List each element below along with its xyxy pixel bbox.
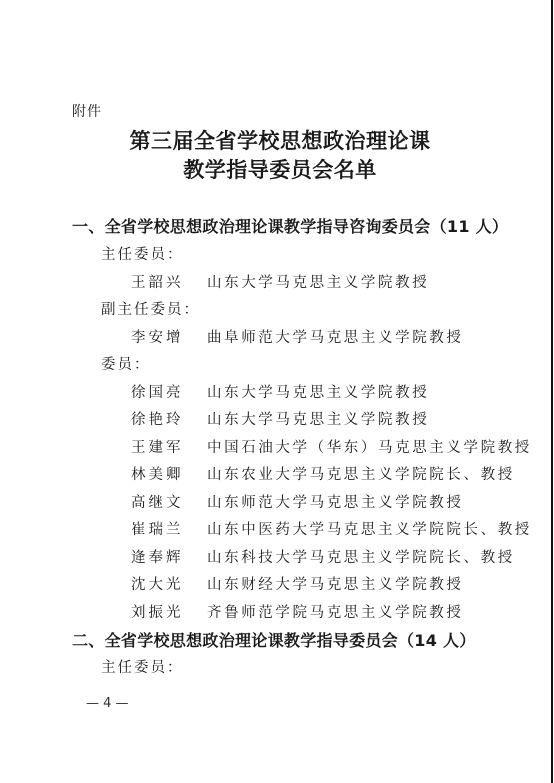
member-name: 王韶兴	[131, 271, 207, 292]
member-affiliation: 曲阜师范大学马克思主义学院教授	[207, 330, 464, 346]
member-affiliation: 山东师范大学马克思主义学院教授	[207, 495, 464, 511]
member-affiliation: 山东财经大学马克思主义学院教授	[207, 577, 464, 593]
member-affiliation: 中国石油大学（华东）马克思主义学院教授	[207, 440, 532, 456]
document-title-line-1: 第三届全省学校思想政治理论课	[3, 125, 554, 155]
member-affiliation: 齐鲁师范学院马克思主义学院教授	[207, 605, 464, 621]
member-name: 李安增	[131, 326, 207, 347]
member-name: 沈大光	[131, 573, 207, 594]
member-row: 王建军中国石油大学（华东）马克思主义学院教授	[131, 436, 532, 457]
member-name: 高继文	[131, 491, 207, 512]
member-name: 逄奉辉	[131, 546, 207, 567]
member-name: 徐艳玲	[131, 408, 207, 429]
member-row: 高继文山东师范大学马克思主义学院教授	[131, 491, 464, 512]
group-label-deputy-director: 副主任委员：	[101, 298, 200, 319]
member-affiliation: 山东大学马克思主义学院教授	[207, 385, 429, 401]
member-name: 崔瑞兰	[131, 518, 207, 539]
member-row: 徐艳玲山东大学马克思主义学院教授	[131, 408, 429, 429]
member-row: 林美卿山东农业大学马克思主义学院院长、教授	[131, 463, 515, 484]
member-affiliation: 山东大学马克思主义学院教授	[207, 275, 429, 291]
member-row: 徐国亮山东大学马克思主义学院教授	[131, 381, 429, 402]
member-row: 沈大光山东财经大学马克思主义学院教授	[131, 573, 464, 594]
member-row: 崔瑞兰山东中医药大学马克思主义学院院长、教授	[131, 518, 532, 539]
member-affiliation: 山东科技大学马克思主义学院院长、教授	[207, 550, 515, 566]
member-row: 王韶兴山东大学马克思主义学院教授	[131, 271, 429, 292]
group-label-director: 主任委员：	[101, 656, 184, 677]
attachment-label: 附件	[72, 101, 102, 121]
member-name: 林美卿	[131, 463, 207, 484]
member-row: 逄奉辉山东科技大学马克思主义学院院长、教授	[131, 546, 515, 567]
group-label-director: 主任委员：	[101, 243, 184, 264]
section-1-heading: 一、全省学校思想政治理论课教学指导咨询委员会（11 人）	[72, 214, 508, 237]
page-number: — 4 —	[86, 696, 129, 711]
member-affiliation: 山东大学马克思主义学院教授	[207, 412, 429, 428]
section-2-heading: 二、全省学校思想政治理论课教学指导委员会（14 人）	[72, 628, 476, 651]
member-name: 刘振光	[131, 601, 207, 622]
member-name: 徐国亮	[131, 381, 207, 402]
member-row: 李安增曲阜师范大学马克思主义学院教授	[131, 326, 464, 347]
document-title-line-2: 教学指导委员会名单	[3, 154, 554, 184]
member-affiliation: 山东农业大学马克思主义学院院长、教授	[207, 467, 515, 483]
member-row: 刘振光齐鲁师范学院马克思主义学院教授	[131, 601, 464, 622]
member-name: 王建军	[131, 436, 207, 457]
group-label-members: 委员：	[101, 353, 151, 374]
member-affiliation: 山东中医药大学马克思主义学院院长、教授	[207, 522, 532, 538]
page-edge-border	[551, 0, 553, 783]
